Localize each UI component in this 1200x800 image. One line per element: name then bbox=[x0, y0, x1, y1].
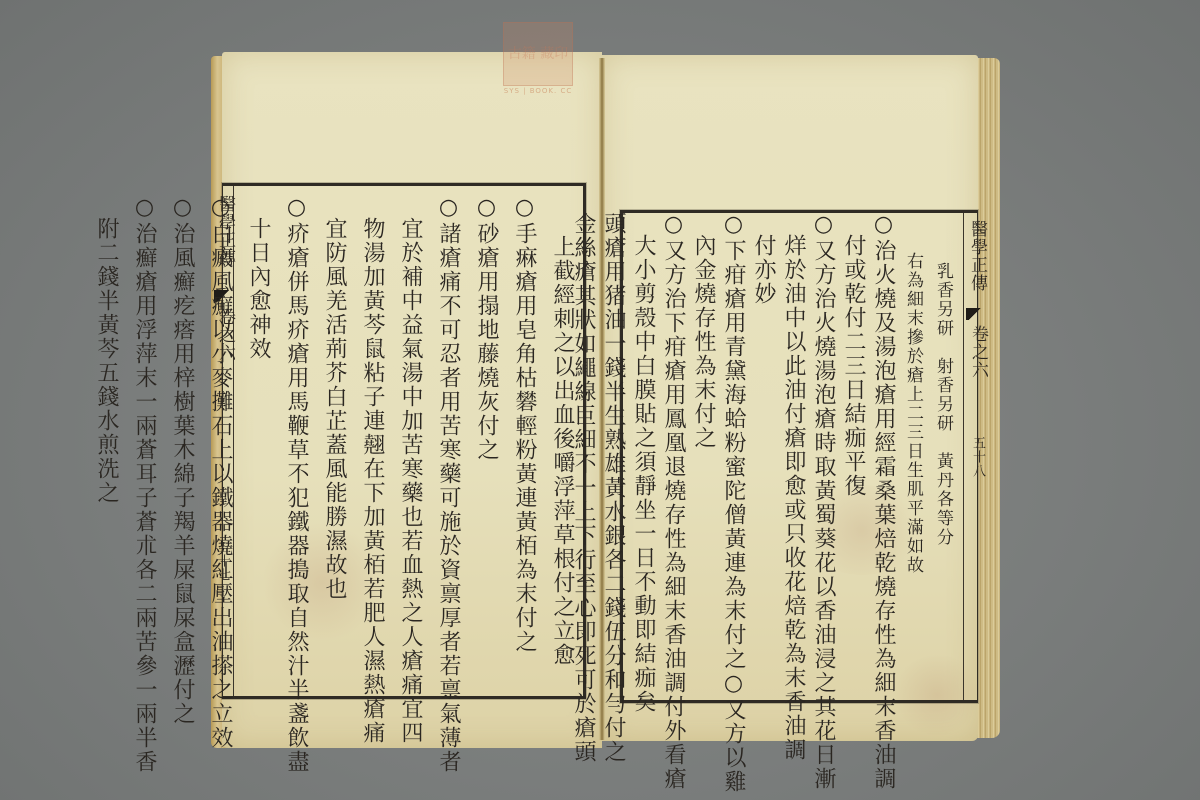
right-text-columns: 乳香另研 射香另研 黃丹各等分 右為細末摻於瘡上二三日生肌平滿如故 ○治火燒及湯… bbox=[622, 212, 962, 692]
text-column: 物湯加黃芩鼠粘子連翹在下加黃栢若肥人濕熱瘡痛 bbox=[353, 195, 391, 685]
text-column: ○治風癬疙瘩用梓樹葉木綿子羯羊屎鼠屎盒瀝付之 bbox=[163, 195, 201, 685]
text-column: ○白癜風癬以小麥攤石上以鐵器燒紅壓出油搽之立效 bbox=[201, 195, 239, 685]
header-column: 乳香另研 射香另研 黃丹各等分 bbox=[932, 212, 962, 692]
text-column: 宜防風羌活荊芥白芷蓋風能勝濕故也 bbox=[315, 195, 353, 685]
book-gutter bbox=[599, 58, 605, 740]
text-column: ○砂瘡用搨地藤燒灰付之 bbox=[467, 195, 505, 685]
text-column: ○手痳瘡用皂角枯礬輕粉黃連黃栢為末付之 bbox=[505, 195, 543, 685]
text-column: 附二錢半黃芩五錢水煎洗之 bbox=[87, 195, 125, 685]
fish-tail-mark bbox=[966, 308, 984, 320]
watermark-seal: 古籍 藏印 bbox=[503, 22, 573, 86]
text-column: ○治癬瘡用浮萍末一兩蒼耳子蒼朮各二兩苦參一兩半香 bbox=[125, 195, 163, 685]
text-column: ○諸瘡痛不可忍者用苦寒藥可施於資禀厚者若禀氣薄者 bbox=[429, 195, 467, 685]
right-margin-title: 醫學正傳 bbox=[965, 220, 990, 292]
watermark-caption: SYS | BOOK. CC bbox=[496, 87, 580, 95]
left-text-columns: 上截經刺之以出血後嚼浮萍草根付之立愈 ○手痳瘡用皂角枯礬輕粉黃連黃栢為末付之 ○… bbox=[236, 195, 581, 685]
margin-rule bbox=[963, 213, 964, 700]
right-margin-volume: 卷之六 bbox=[966, 325, 991, 379]
right-margin-folio: 五十八 bbox=[968, 436, 987, 478]
text-column: 宜於補中益氣湯中加苦寒藥也若血熱之人瘡痛宜四 bbox=[391, 195, 429, 685]
text-column: ○疥瘡併馬疥瘡用馬鞭草不犯鐵器搗取自然汁半盞飲盡 bbox=[277, 195, 315, 685]
text-column: 十日內愈神效 bbox=[239, 195, 277, 685]
